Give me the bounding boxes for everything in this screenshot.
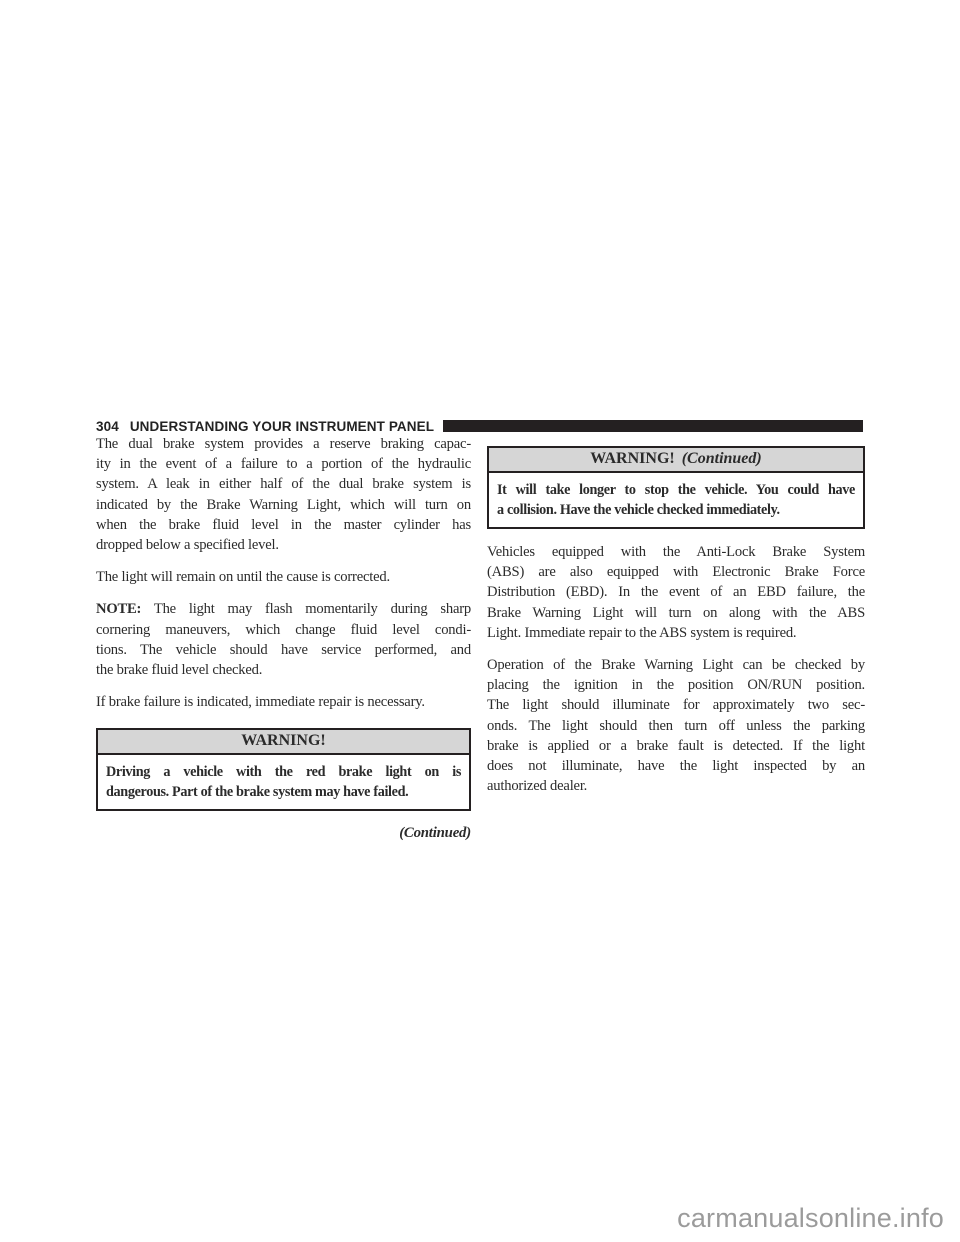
text-line: Operation of the Brake Warning Light can… [487,655,865,675]
paragraph-brake-failure: If brake failure is indicated, immediate… [96,692,471,712]
text-line: placing the ignition in the position ON/… [487,675,865,695]
text-line: dangerous. Part of the brake system may … [106,783,461,803]
bold-lead-in: NOTE: [96,601,141,617]
text-line: Driving a vehicle with the red brake lig… [106,763,461,783]
text-line: Light. Immediate repair to the ABS syste… [487,623,865,643]
text-line: does not illuminate, have the light insp… [487,756,865,776]
text-line: brake is applied or a brake fault is det… [487,736,865,756]
text-line: dropped below a specified level. [96,535,471,555]
text-line: It will take longer to stop the vehicle.… [497,481,855,501]
text-line: indicated by the Brake Warning Light, wh… [96,495,471,515]
paragraph-light-check: Operation of the Brake Warning Light can… [487,655,865,796]
text-line: ity in the event of a failure to a porti… [96,454,471,474]
warning-continued-title-suffix: (Continued) [682,450,762,467]
text-line: authorized dealer. [487,776,865,796]
text-line: Brake Warning Light will turn on along w… [487,603,865,623]
paragraph-dual-brake-system: The dual brake system provides a reserve… [96,434,471,555]
text-line: (ABS) are also equipped with Electronic … [487,562,865,582]
warning-continued-title-text: WARNING! [590,450,674,467]
header-bar-decoration [443,420,863,432]
text-line: Vehicles equipped with the Anti-Lock Bra… [487,542,865,562]
text-line: NOTE: The light may flash momentarily du… [96,599,471,619]
page-number: 304 [96,419,119,434]
manual-page: 304 UNDERSTANDING YOUR INSTRUMENT PANEL … [0,0,960,1242]
continued-note: (Continued) [96,825,471,842]
page-header: 304 UNDERSTANDING YOUR INSTRUMENT PANEL [96,418,863,434]
paragraph-note: NOTE: The light may flash momentarily du… [96,599,471,680]
text-line: The light will remain on until the cause… [96,567,471,587]
warning-continued-box: WARNING!(Continued) It will take longer … [487,446,865,529]
text-line: onds. The light should then turn off unl… [487,716,865,736]
warning-continued-box-body: It will take longer to stop the vehicle.… [489,473,863,527]
text-line: If brake failure is indicated, immediate… [96,692,471,712]
text-line: the brake fluid level checked. [96,660,471,680]
text-line: Distribution (EBD). In the event of an E… [487,582,865,602]
warning-continued-box-title: WARNING!(Continued) [489,448,863,473]
text-line: cornering maneuvers, which change fluid … [96,620,471,640]
paragraph-light-remain: The light will remain on until the cause… [96,567,471,587]
left-column: The dual brake system provides a reserve… [96,434,471,842]
warning-box-title: WARNING! [98,730,469,755]
paragraph-abs-ebd: Vehicles equipped with the Anti-Lock Bra… [487,542,865,643]
text-line: a collision. Have the vehicle checked im… [497,501,855,521]
text-line: The light should illuminate for approxim… [487,695,865,715]
warning-box-title-text: WARNING! [241,732,325,749]
text-line: system. A leak in either half of the dua… [96,474,471,494]
warning-box: WARNING! Driving a vehicle with the red … [96,728,471,811]
text-line: tions. The vehicle should have service p… [96,640,471,660]
text-line: when the brake fluid level in the master… [96,515,471,535]
text-line: The dual brake system provides a reserve… [96,434,471,454]
right-column: WARNING!(Continued) It will take longer … [487,446,865,808]
warning-box-body: Driving a vehicle with the red brake lig… [98,755,469,809]
page-title: UNDERSTANDING YOUR INSTRUMENT PANEL [130,419,434,434]
watermark: carmanualsonline.info [677,1203,944,1234]
